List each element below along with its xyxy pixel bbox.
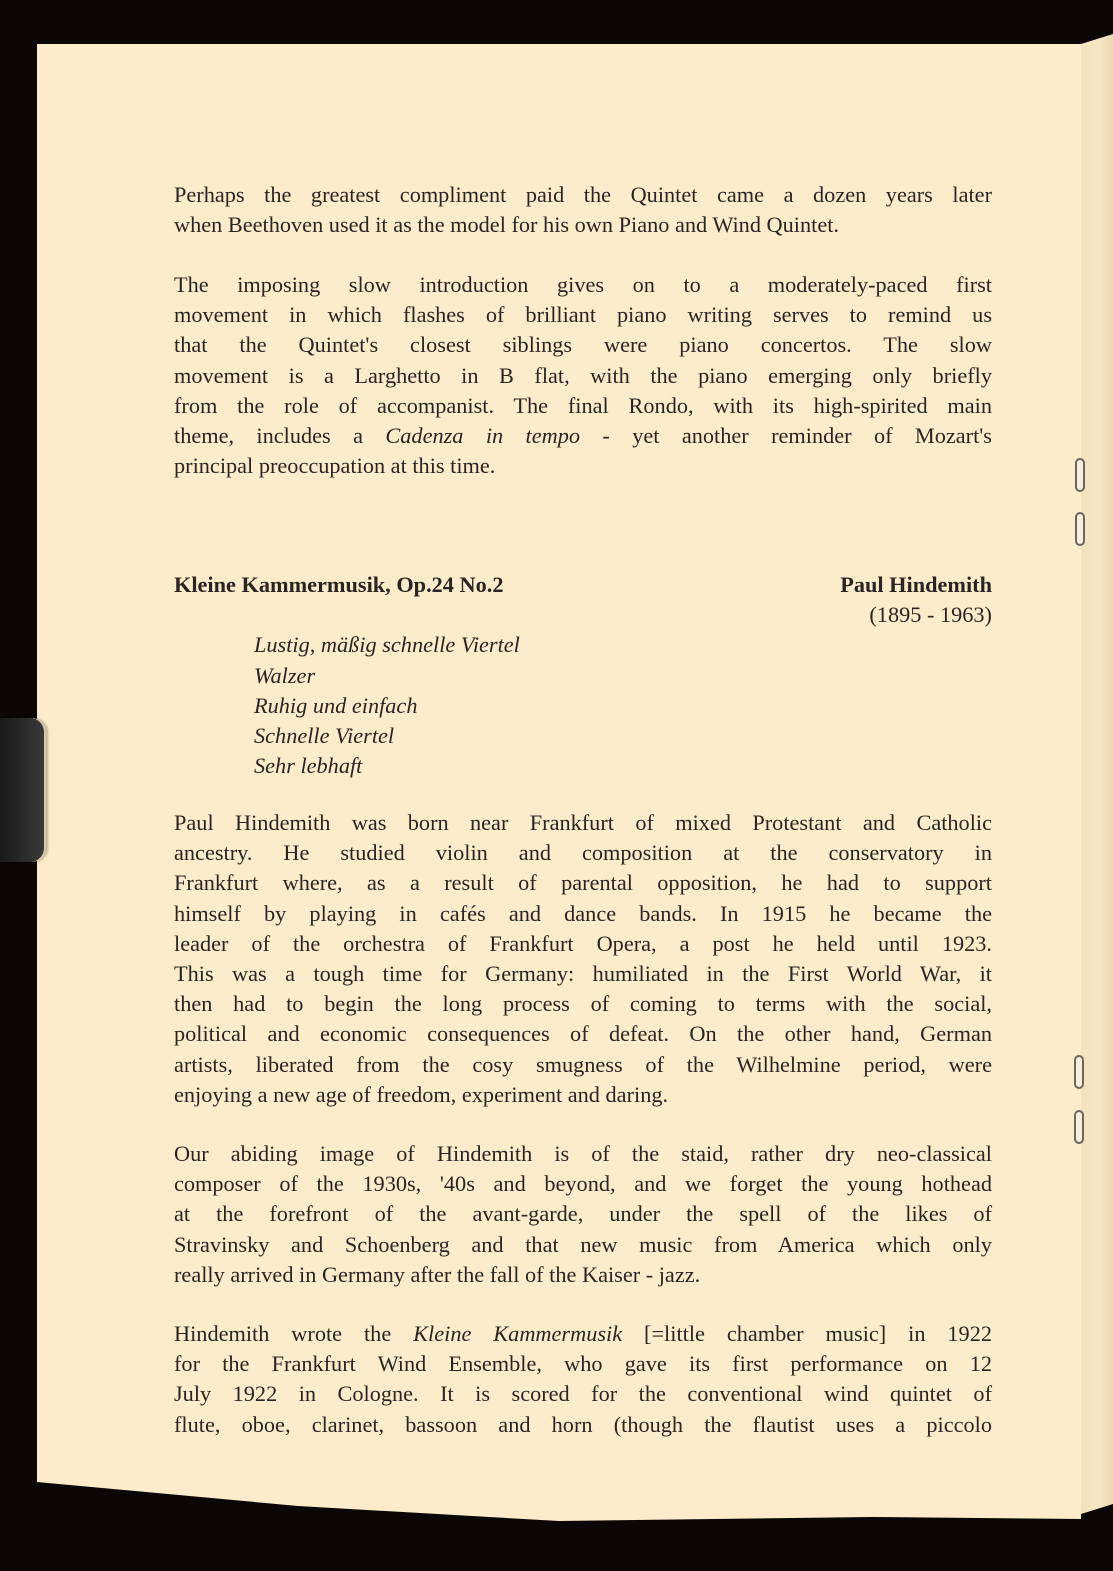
text-line: Frankfurt where, as a result of parental…: [174, 868, 992, 898]
paragraph-hindemith-biography: Paul Hindemith was born near Frankfurt o…: [174, 808, 992, 1110]
text-line: Our abiding image of Hindemith is of the…: [174, 1139, 992, 1169]
text-line: July 1922 in Cologne. It is scored for t…: [174, 1379, 992, 1409]
text-line: enjoying a new age of freedom, experimen…: [174, 1080, 992, 1110]
paragraph-abiding-image: Our abiding image of Hindemith is of the…: [174, 1139, 992, 1290]
composer-dates: (1895 - 1963): [174, 600, 992, 630]
staple-icon: [1075, 512, 1085, 546]
text-line: movement is a Larghetto in B flat, with …: [174, 361, 992, 391]
movement-item: Walzer: [254, 661, 992, 691]
movement-item: Ruhig und einfach: [254, 691, 992, 721]
text-line: from the role of accompanist. The final …: [174, 391, 992, 421]
text-line: theme, includes a Cadenza in tempo - yet…: [174, 421, 992, 451]
paragraph-movements-description: The imposing slow introduction gives on …: [174, 270, 992, 481]
paragraph-beethoven-compliment: Perhaps the greatest compliment paid the…: [174, 180, 992, 240]
text-line: Hindemith wrote the Kleine Kammermusik […: [174, 1319, 992, 1349]
text-run: - yet another reminder of Mozart's: [580, 423, 992, 448]
text-line: Stravinsky and Schoenberg and that new m…: [174, 1230, 992, 1260]
scanner-clip: [0, 718, 44, 862]
staple-icon: [1074, 1110, 1084, 1144]
work-heading: Kleine Kammermusik, Op.24 No.2 Paul Hind…: [174, 570, 992, 781]
text-line: at the forefront of the avant-garde, und…: [174, 1199, 992, 1229]
movement-item: Lustig, mäßig schnelle Viertel: [254, 630, 992, 660]
text-line: really arrived in Germany after the fall…: [174, 1260, 992, 1290]
staple-icon: [1075, 458, 1085, 492]
text-line: This was a tough time for Germany: humil…: [174, 959, 992, 989]
composer-name: Paul Hindemith: [840, 570, 992, 600]
text-line: flute, oboe, clarinet, bassoon and horn …: [174, 1410, 992, 1440]
text-run: Hindemith wrote the: [174, 1321, 413, 1346]
booklet-spine-fold: [1081, 34, 1113, 1524]
text-line: that the Quintet's closest siblings were…: [174, 330, 992, 360]
text-line: principal preoccupation at this time.: [174, 451, 992, 481]
text-line: political and economic consequences of d…: [174, 1019, 992, 1049]
movement-item: Sehr lebhaft: [254, 751, 992, 781]
text-line: then had to begin the long process of co…: [174, 989, 992, 1019]
work-title: Kleine Kammermusik, Op.24 No.2: [174, 570, 504, 600]
text-line: for the Frankfurt Wind Ensemble, who gav…: [174, 1349, 992, 1379]
text-line: The imposing slow introduction gives on …: [174, 270, 992, 300]
text-line: Paul Hindemith was born near Frankfurt o…: [174, 808, 992, 838]
movement-list: Lustig, mäßig schnelle Viertel Walzer Ru…: [254, 630, 992, 781]
text-line: himself by playing in cafés and dance ba…: [174, 899, 992, 929]
text-line: composer of the 1930s, '40s and beyond, …: [174, 1169, 992, 1199]
movement-item: Schnelle Viertel: [254, 721, 992, 751]
text-run: theme, includes a: [174, 423, 385, 448]
text-line: ancestry. He studied violin and composit…: [174, 838, 992, 868]
italic-term: Cadenza in tempo: [385, 423, 580, 448]
text-line: Perhaps the greatest compliment paid the…: [174, 180, 992, 210]
text-run: [=little chamber music] in 1922: [622, 1321, 992, 1346]
staple-icon: [1074, 1055, 1084, 1089]
text-line: movement in which flashes of brilliant p…: [174, 300, 992, 330]
text-line: when Beethoven used it as the model for …: [174, 210, 992, 240]
italic-title: Kleine Kammermusik: [413, 1321, 622, 1346]
paragraph-composition-history: Hindemith wrote the Kleine Kammermusik […: [174, 1319, 992, 1440]
text-line: leader of the orchestra of Frankfurt Ope…: [174, 929, 992, 959]
booklet-page: [37, 44, 1081, 1534]
text-line: artists, liberated from the cosy smugnes…: [174, 1050, 992, 1080]
